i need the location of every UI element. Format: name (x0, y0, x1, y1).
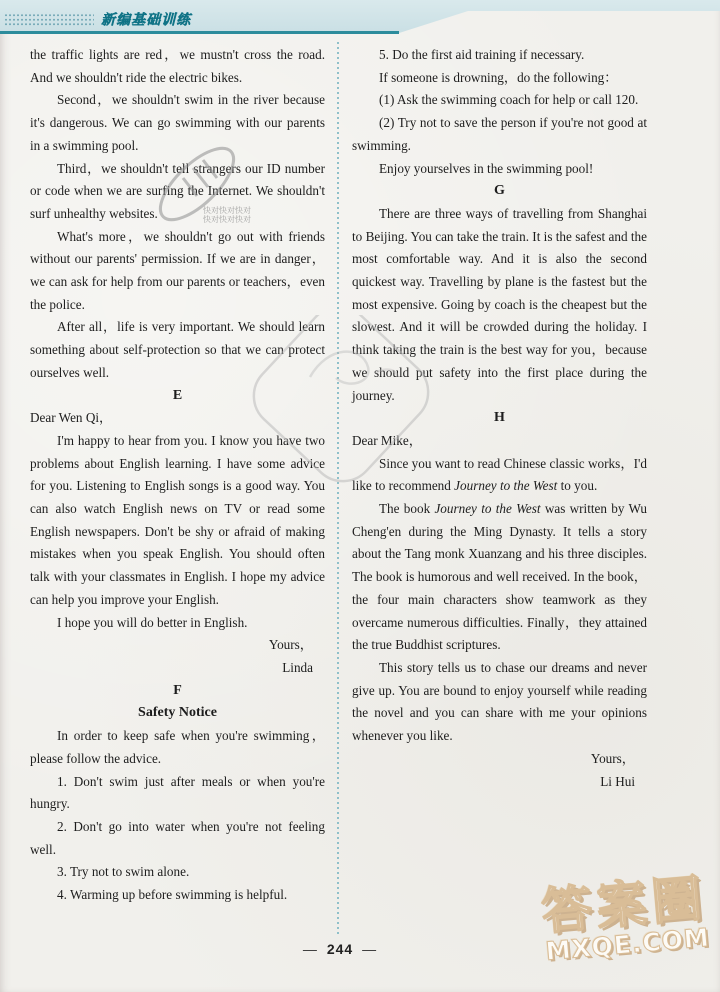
text-segment: I hope you will do better in English. (57, 615, 247, 630)
paragraph: The book Journey to the West was written… (352, 498, 647, 657)
paragraph: 4. Warming up before swimming is helpful… (30, 884, 325, 907)
paragraph: If someone is drowning，do the following： (352, 67, 647, 90)
paragraph: (1) Ask the swimming coach for help or c… (352, 89, 647, 112)
text-segment: (2) Try not to save the person if you're… (352, 115, 647, 153)
paragraph: 2. Don't go into water when you're not f… (30, 816, 325, 861)
section-heading: F (30, 680, 325, 703)
paragraph: There are three ways of travelling from … (352, 203, 647, 407)
section-heading: H (352, 407, 647, 430)
paragraph: Second，we shouldn't swim in the river be… (30, 89, 325, 157)
text-segment: 3. Try not to swim alone. (57, 864, 189, 879)
text-segment: Enjoy yourselves in the swimming pool! (379, 161, 593, 176)
paragraph: Li Hui (352, 771, 647, 794)
page-number-value: 244 (327, 941, 353, 957)
book-title-italic: Journey to the West (454, 478, 557, 493)
text-segment: What's more，we shouldn't go out with fri… (30, 229, 325, 312)
column-divider (337, 42, 339, 934)
paragraph: Since you want to read Chinese classic w… (352, 453, 647, 498)
text-segment: to you. (557, 478, 597, 493)
text-segment: Safety Notice (138, 705, 217, 720)
left-column: the traffic lights are red，we mustn't cr… (30, 44, 325, 907)
paragraph: Yours， (352, 748, 647, 771)
text-segment: I'm happy to hear from you. I know you h… (30, 433, 325, 607)
paragraph: the traffic lights are red，we mustn't cr… (30, 44, 325, 89)
paragraph: Dear Mike， (352, 430, 647, 453)
text-segment: Yours， (269, 637, 313, 652)
text-segment: 2. Don't go into water when you're not f… (30, 819, 325, 857)
text-segment: G (494, 183, 505, 198)
section-heading: G (352, 180, 647, 203)
paragraph: Yours， (30, 634, 325, 657)
book-title-italic: Journey to the West (434, 501, 540, 516)
scanned-workbook-page: 新编基础训练 the traffic lights are red，we mus… (0, 0, 720, 992)
text-segment: was written by Wu Cheng'en during the Mi… (352, 501, 647, 652)
paragraph: After all，life is very important. We sho… (30, 316, 325, 384)
section-heading: E (30, 385, 325, 408)
page-number-dash-right: — (362, 941, 377, 957)
text-segment: The book (379, 501, 434, 516)
paragraph: Enjoy yourselves in the swimming pool! (352, 158, 647, 181)
paragraph: I hope you will do better in English. (30, 612, 325, 635)
text-segment: E (173, 388, 182, 403)
section-heading: Safety Notice (30, 702, 325, 725)
paragraph: What's more，we shouldn't go out with fri… (30, 226, 325, 317)
text-segment: In order to keep safe when you're swimmi… (30, 728, 325, 766)
header-underline (0, 31, 399, 34)
paragraph: In order to keep safe when you're swimmi… (30, 725, 325, 770)
paragraph: Third，we shouldn't tell strangers our ID… (30, 158, 325, 226)
text-segment: This story tells us to chase our dreams … (352, 660, 647, 743)
text-segment: If someone is drowning，do the following： (379, 70, 617, 85)
text-segment: Dear Mike， (352, 433, 422, 448)
text-segment: F (173, 683, 182, 698)
paragraph: Linda (30, 657, 325, 680)
paragraph: This story tells us to chase our dreams … (352, 657, 647, 748)
paragraph: 1. Don't swim just after meals or when y… (30, 771, 325, 816)
paragraph: 3. Try not to swim alone. (30, 861, 325, 884)
paragraph: Dear Wen Qi， (30, 407, 325, 430)
text-segment: the traffic lights are red，we mustn't cr… (30, 47, 325, 85)
text-segment: H (494, 410, 505, 425)
halftone-pattern (4, 13, 94, 27)
text-segment: Second，we shouldn't swim in the river be… (30, 92, 325, 152)
text-segment: Yours， (591, 751, 635, 766)
text-segment: 4. Warming up before swimming is helpful… (57, 887, 287, 902)
text-segment: Dear Wen Qi， (30, 410, 112, 425)
paragraph: 5. Do the first aid training if necessar… (352, 44, 647, 67)
paragraph: (2) Try not to save the person if you're… (352, 112, 647, 157)
page-number-dash-left: — (303, 941, 318, 957)
text-segment: After all，life is very important. We sho… (30, 319, 325, 379)
text-segment: Linda (282, 660, 313, 675)
right-column: 5. Do the first aid training if necessar… (352, 44, 647, 793)
text-segment: 1. Don't swim just after meals or when y… (30, 774, 325, 812)
page-number: —244— (0, 941, 680, 957)
answer-circle-logo-text: 答案圈 (530, 872, 719, 938)
text-segment: There are three ways of travelling from … (352, 206, 647, 403)
text-segment: (1) Ask the swimming coach for help or c… (379, 92, 638, 107)
book-title: 新编基础训练 (101, 9, 191, 29)
text-segment: 5. Do the first aid training if necessar… (379, 47, 584, 62)
text-segment: Li Hui (600, 774, 635, 789)
paragraph: I'm happy to hear from you. I know you h… (30, 430, 325, 612)
text-segment: Third，we shouldn't tell strangers our ID… (30, 161, 325, 221)
